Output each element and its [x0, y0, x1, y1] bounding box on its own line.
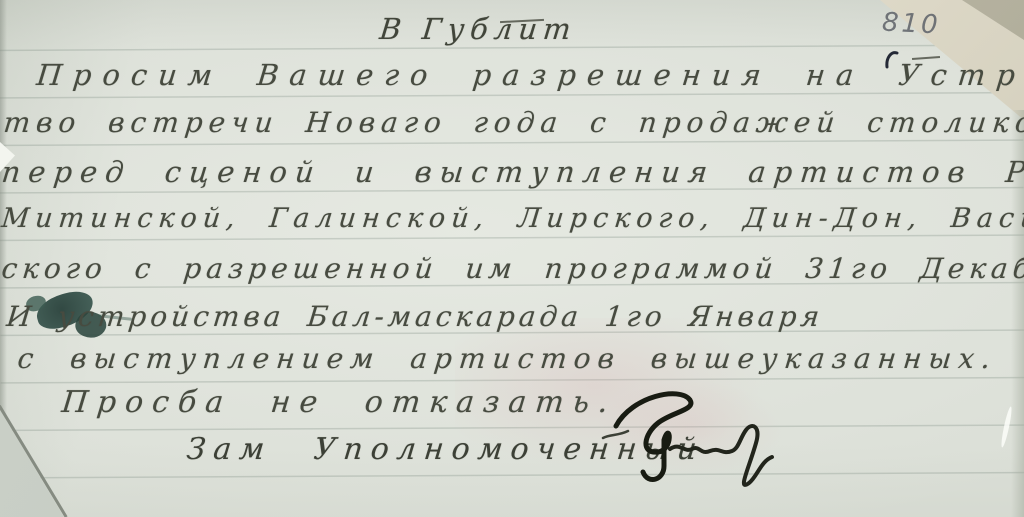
handwritten-line: И устройства Бал-маскарада 1го Января [5, 300, 825, 333]
document-heading: В Гублит [378, 12, 578, 46]
handwritten-line: Просба не отказать. [60, 385, 619, 420]
handwritten-line: ского с разрешенной им программой 31го Д… [0, 252, 1024, 285]
handwritten-line: перед сценой и выступления артистов Роми… [0, 155, 1024, 189]
archival-page-number: 810 [881, 7, 941, 40]
handwritten-line: с выступлением артистов вышеуказанных. [16, 342, 999, 375]
scanned-handwritten-letter: 810 В Гублит Просим Вашего разрешения на… [0, 0, 1024, 517]
handwritten-line: Митинской, Галинской, Лирского, Дин-Дон,… [0, 203, 1024, 234]
signature [598, 386, 803, 500]
handwritten-line: тво встречи Новаго года с продажей столи… [2, 106, 1024, 139]
handwritten-line: Просим Вашего разрешения на Устройс [35, 58, 1024, 92]
